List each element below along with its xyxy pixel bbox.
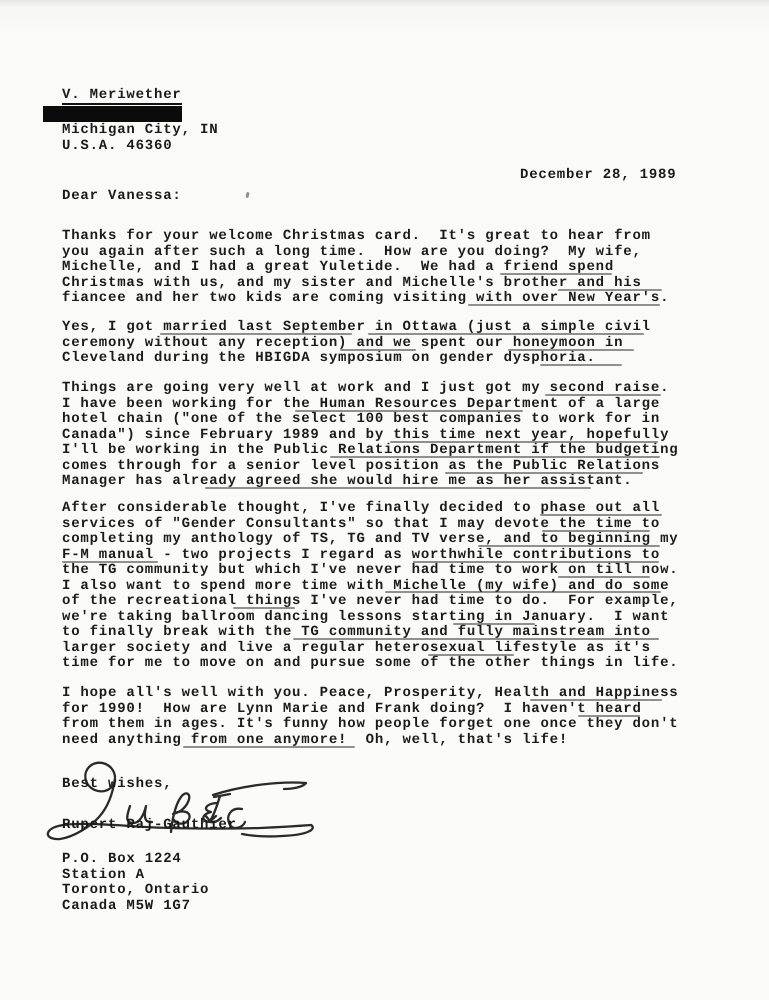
- letter-page: V. Meriwether Michigan City, IN U.S.A. 4…: [0, 0, 769, 1000]
- signature-check-stroke: [205, 794, 230, 821]
- letter-date: December 28, 1989: [520, 168, 676, 184]
- salutation: Dear Vanessa:: [62, 189, 182, 205]
- paragraph-3: Things are going very well at work and I…: [62, 381, 722, 490]
- paragraph-4: After considerable thought, I've finally…: [62, 501, 722, 672]
- signature-c-stroke: [228, 809, 245, 828]
- recipient-address: Michigan City, IN U.S.A. 46360: [62, 123, 218, 154]
- signature-flourish-stroke: [213, 783, 306, 796]
- scan-speck: [245, 192, 249, 198]
- recipient-name: V. Meriwether: [62, 88, 182, 104]
- handwritten-signature: [30, 755, 360, 855]
- paragraph-1: Thanks for your welcome Christmas card. …: [62, 229, 722, 307]
- recipient-name-text: V. Meriwether: [62, 87, 182, 105]
- paragraph-2: Yes, I got married last September in Ott…: [62, 320, 722, 367]
- redacted-address-bar: [43, 106, 182, 122]
- paragraph-5: I hope all's well with you. Peace, Prosp…: [62, 686, 722, 748]
- signature-p-stroke: [171, 793, 190, 832]
- signature-initial-stroke: [48, 763, 313, 839]
- signature-u-stroke: [127, 806, 152, 823]
- sender-address: P.O. Box 1224 Station A Toronto, Ontario…: [62, 852, 209, 914]
